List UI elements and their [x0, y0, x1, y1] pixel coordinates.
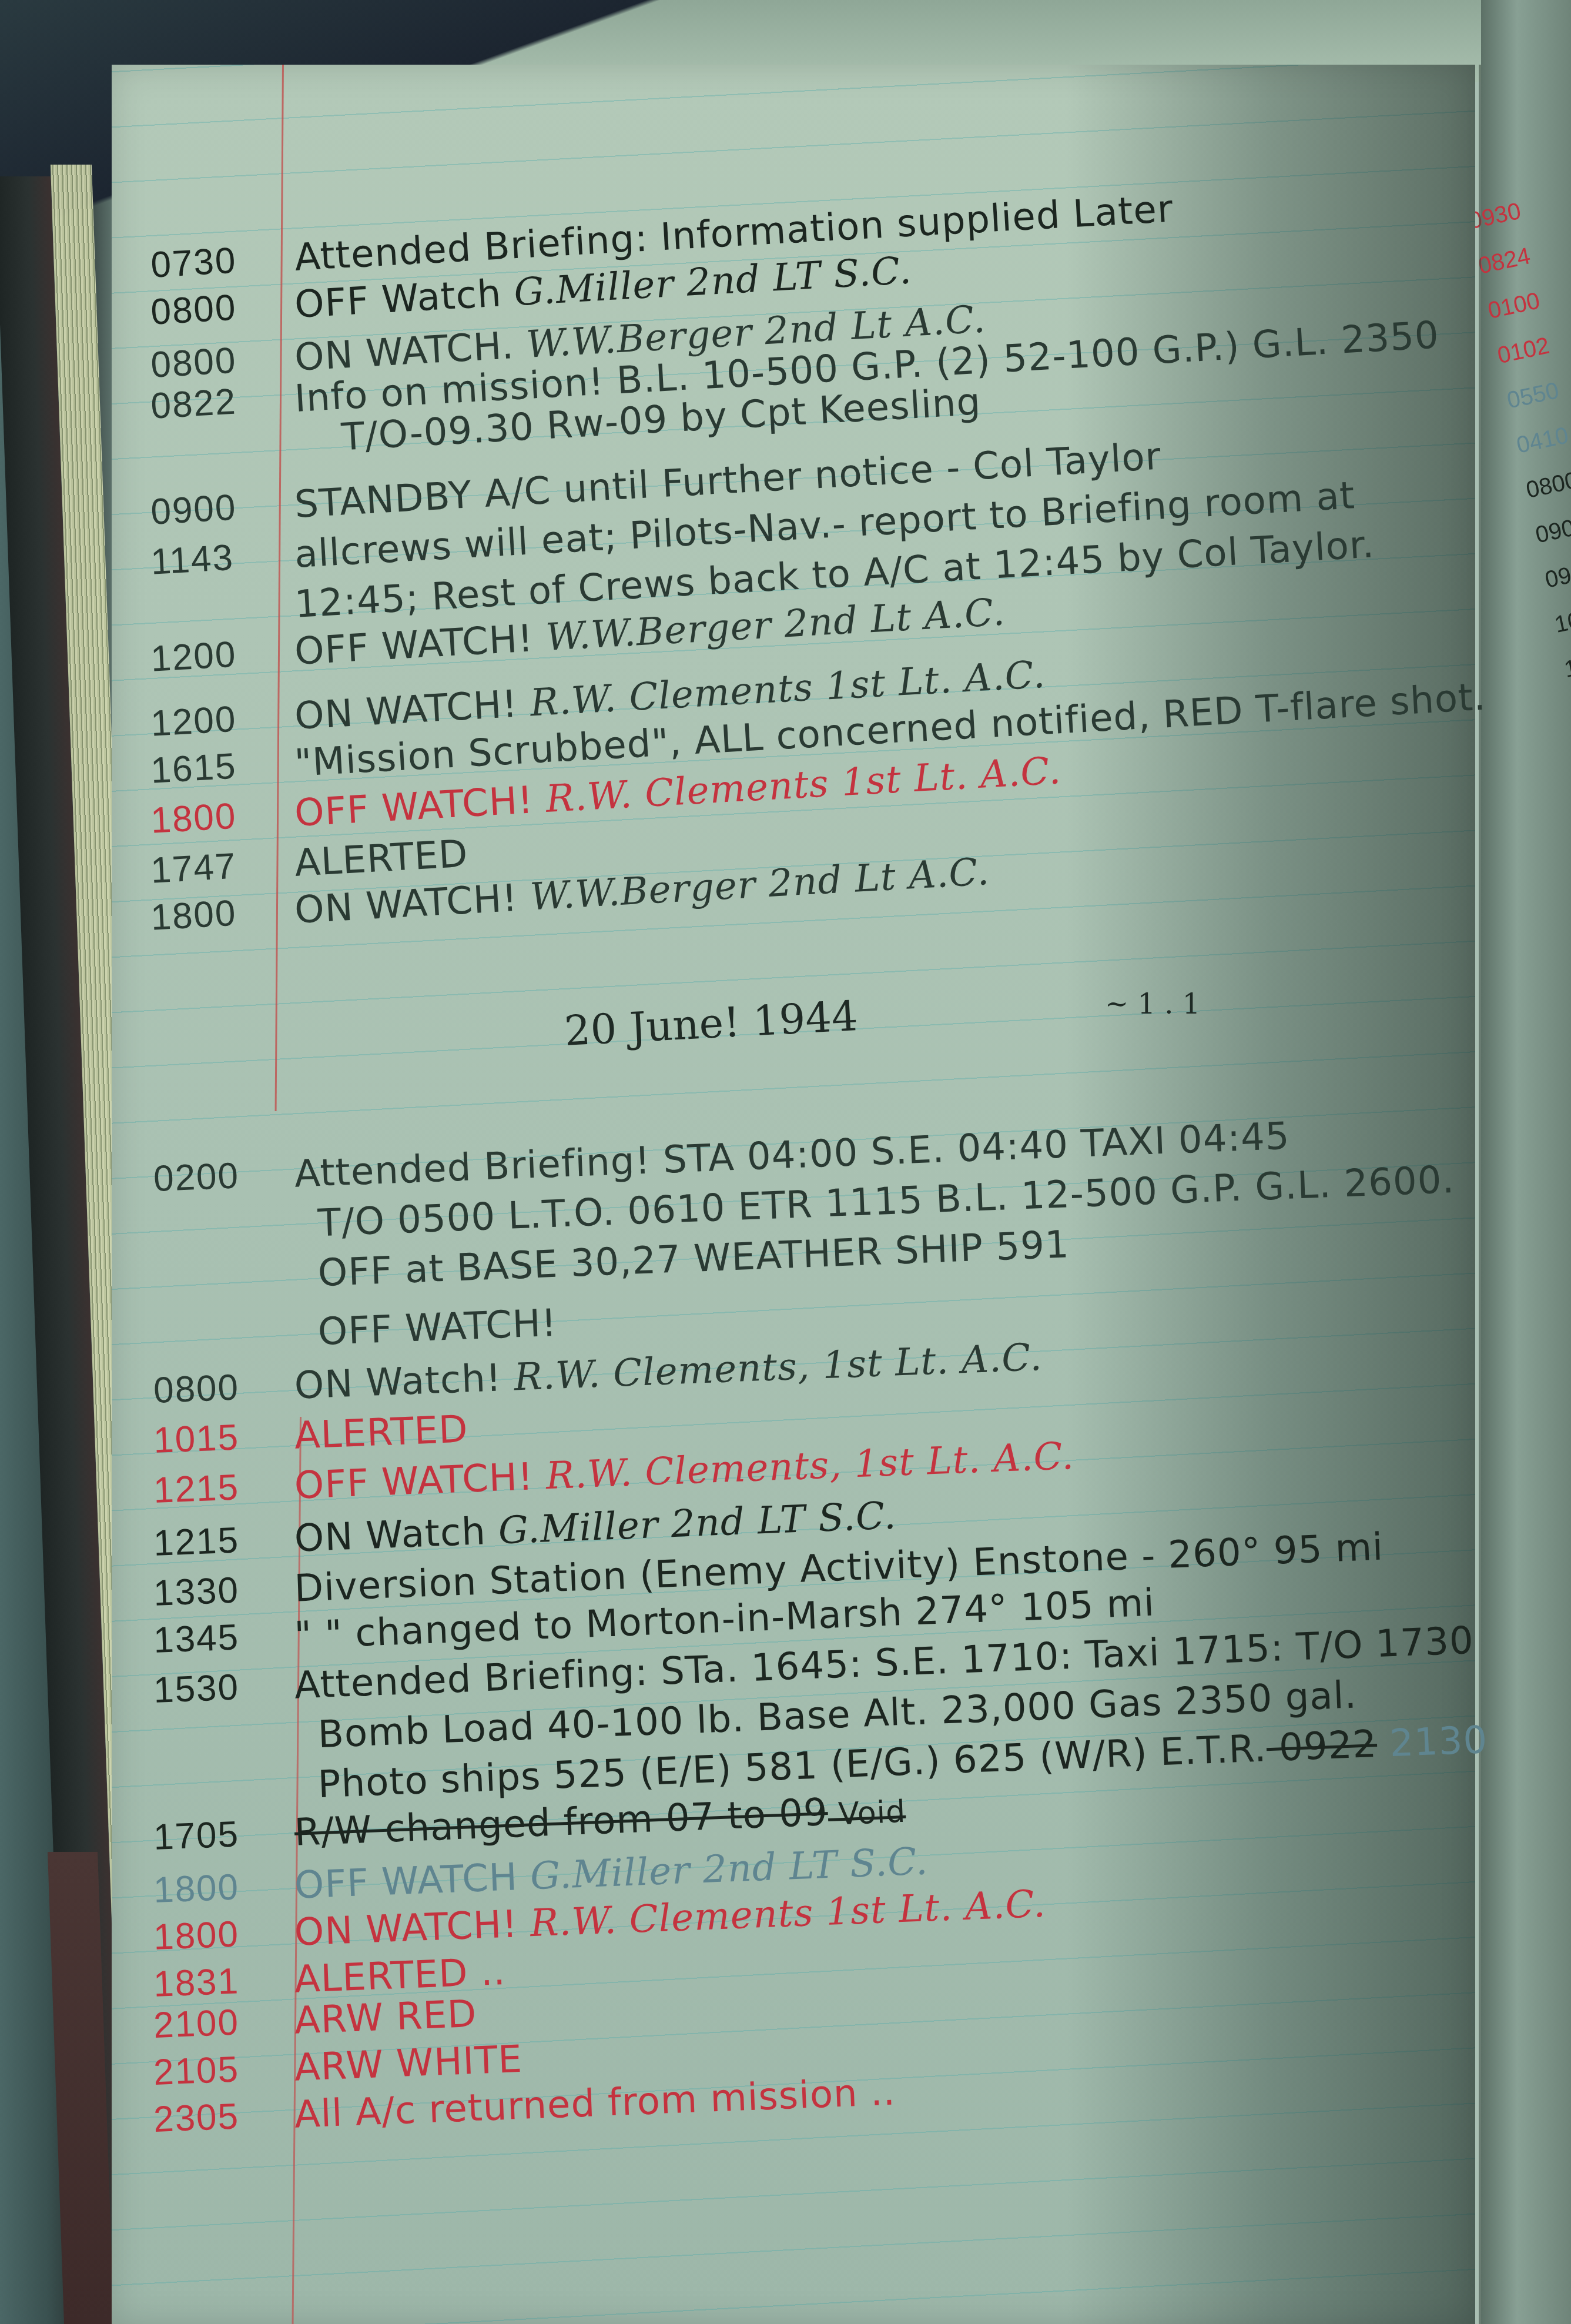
entry-time: 1215 [153, 1466, 240, 1512]
entry-time: 1345 [153, 1616, 240, 1661]
entry-text: ALERTED [294, 1407, 469, 1457]
entry-time: 1705 [153, 1813, 240, 1858]
entry-text: ALERTED [293, 832, 469, 885]
entry-time: 1200 [150, 634, 238, 680]
date-heading-note: ~ 1 . 1 [1105, 988, 1200, 1021]
corrected-value: 2130 [1376, 1718, 1489, 1766]
entry-time: 0822 [150, 381, 238, 427]
entry-text: ARW WHITE [294, 2038, 524, 2090]
entry-time: 1800 [150, 795, 238, 842]
entry-time: 1831 [153, 1960, 240, 2005]
entry-time: 1800 [150, 892, 238, 939]
entry-time: 1800 [153, 1913, 240, 1958]
date-heading: 20 June! 1944 [563, 992, 859, 1055]
entry-time: 0800 [150, 287, 238, 333]
entry-time: 1615 [150, 745, 238, 792]
entry-time: 0800 [150, 340, 238, 386]
entry-time: 1747 [150, 845, 238, 892]
entry-time: 1330 [153, 1569, 240, 1614]
entry-text: OFF WATCH! [317, 1302, 558, 1355]
entry-text: ARW RED [294, 1992, 478, 2043]
entry-time: 1530 [153, 1666, 240, 1711]
void-annotation: Void [828, 1794, 907, 1833]
entry-time: 0200 [153, 1155, 240, 1200]
entry-time: 1143 [150, 537, 235, 583]
entry-time: 1015 [153, 1416, 240, 1462]
log-entries: 20 June! 1944 ~ 1 . 1 0730Attended Brief… [0, 0, 1571, 2324]
entry-time: 1200 [150, 698, 238, 745]
entry-time: 0730 [150, 240, 238, 286]
entry-time: 2305 [153, 2095, 240, 2141]
struck-value: 0922 [1266, 1723, 1378, 1770]
signature: W.W.Berger 2nd Lt A.C. [517, 850, 991, 920]
entry-time: 0800 [153, 1366, 240, 1412]
entry-time: 0900 [150, 487, 238, 533]
entry-time: 1800 [153, 1866, 240, 1911]
entry-time: 2100 [153, 2001, 240, 2047]
signature: R.W. Clements, 1st Lt. A.C. [532, 1434, 1075, 1499]
entry-time: 2105 [153, 2048, 240, 2094]
entry-time: 1215 [153, 1519, 240, 1564]
signature: G.Miller 2nd LT S.C. [485, 1494, 897, 1553]
signature: R.W. Clements, 1st Lt. A.C. [501, 1336, 1043, 1400]
